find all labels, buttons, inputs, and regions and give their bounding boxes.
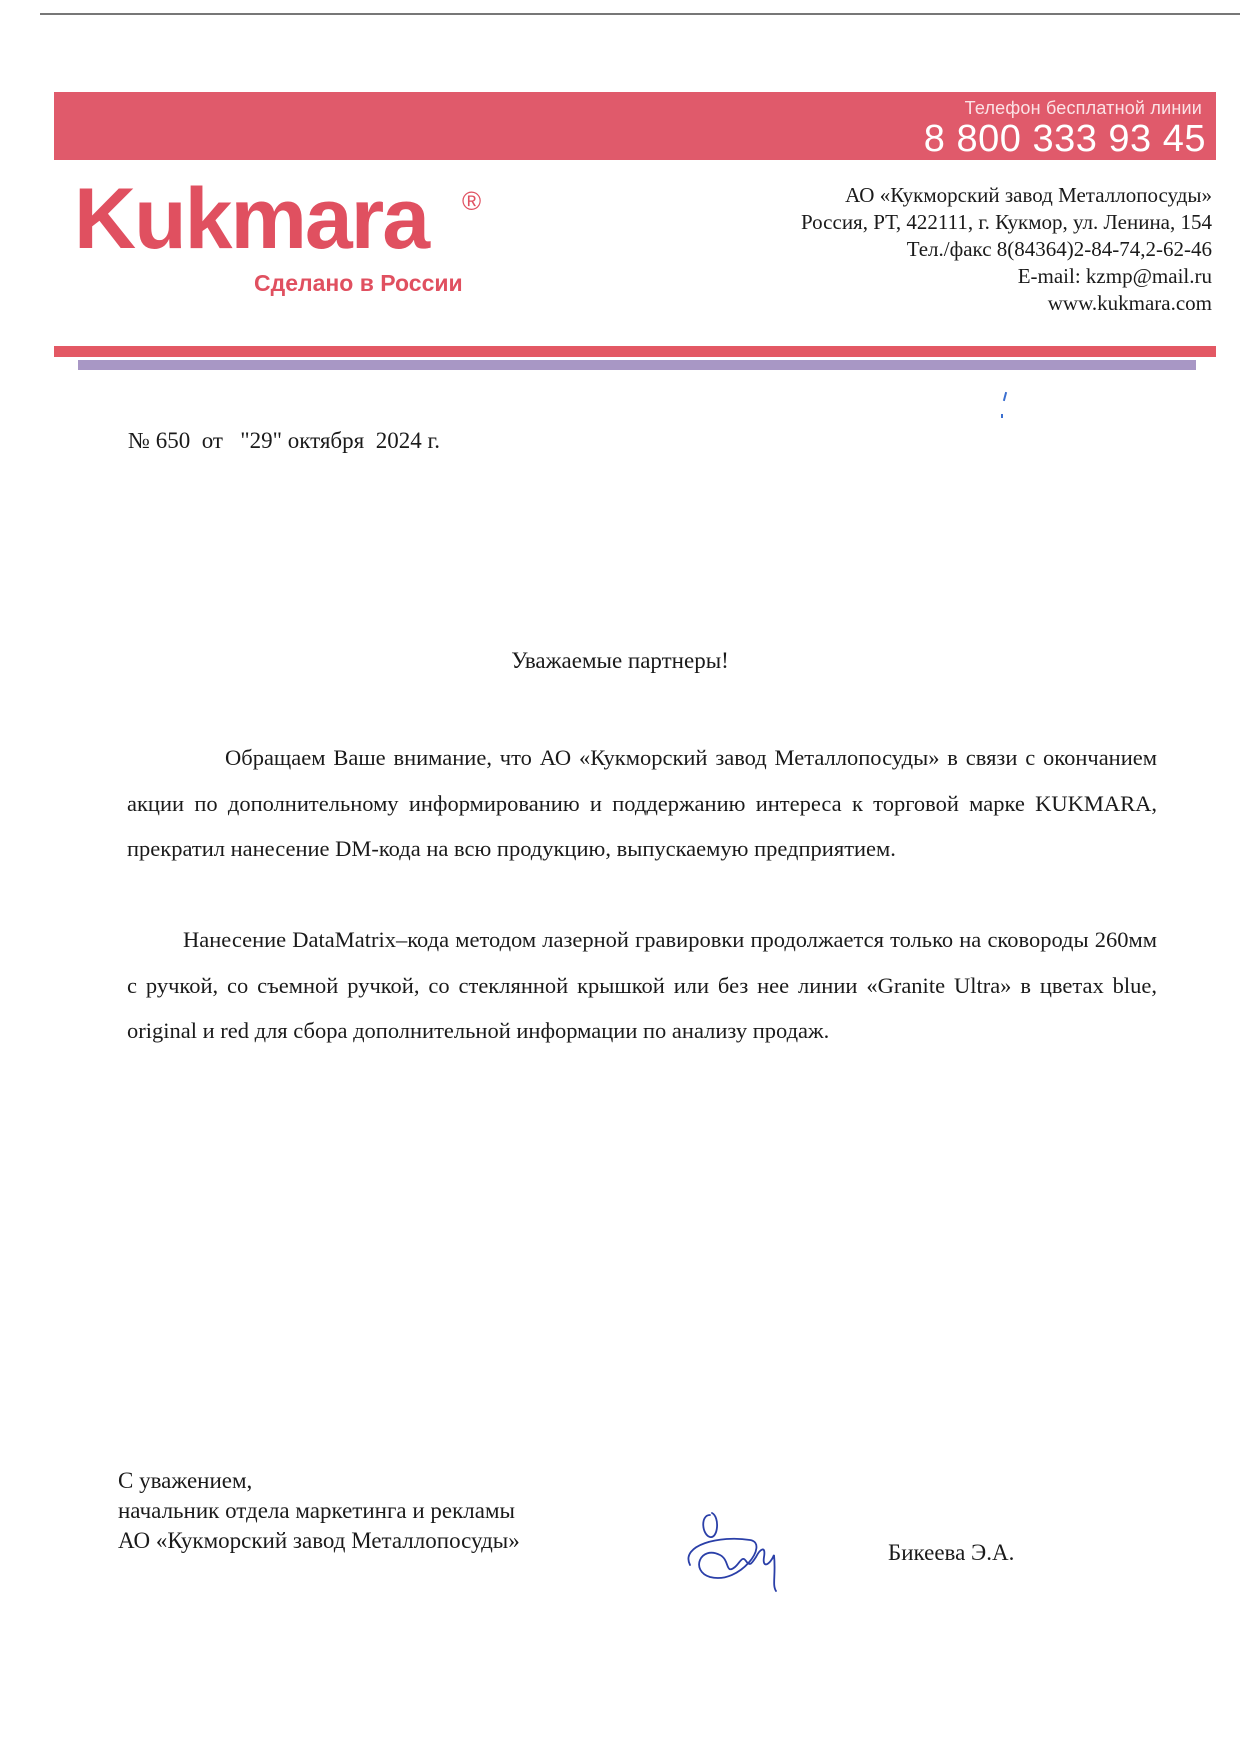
ink-mark — [1003, 392, 1007, 401]
brand-tagline: Сделано в России — [254, 270, 463, 297]
hotline-phone: 8 800 333 93 45 — [924, 118, 1206, 161]
body-paragraph-2: Нанесение DataMatrix–кода методом лазерн… — [127, 917, 1157, 1054]
body-paragraph-1: Обращаем Ваше внимание, что АО «Кукморск… — [127, 735, 1157, 872]
company-contacts: АО «Кукморский завод Металлопосуды» Росс… — [801, 182, 1212, 317]
closing-regards: С уважением, — [118, 1466, 520, 1496]
closing-block: С уважением, начальник отдела маркетинга… — [118, 1466, 520, 1556]
ink-mark — [1001, 414, 1003, 418]
signer-company: АО «Кукморский завод Металлопосуды» — [118, 1526, 520, 1556]
letter-reference: № 650 от "29" октября 2024 г. — [128, 428, 440, 454]
letterhead-separator-red — [54, 346, 1216, 357]
signature-icon — [680, 1505, 810, 1595]
company-name: АО «Кукморский завод Металлопосуды» — [801, 182, 1212, 209]
hotline-caption: Телефон бесплатной линии — [965, 98, 1202, 119]
letterhead-band: Телефон бесплатной линии 8 800 333 93 45 — [54, 92, 1216, 160]
signer-name: Бикеева Э.А. — [888, 1540, 1014, 1566]
registered-mark-icon: ® — [462, 186, 481, 217]
paragraph-text: Обращаем Ваше внимание, что АО «Кукморск… — [127, 745, 1157, 861]
company-address: Россия, РТ, 422111, г. Кукмор, ул. Ленин… — [801, 209, 1212, 236]
salutation: Уважаемые партнеры! — [0, 648, 1240, 674]
company-email: E-mail: kzmp@mail.ru — [801, 263, 1212, 290]
company-phone-fax: Тел./факс 8(84364)2-84-74,2-62-46 — [801, 236, 1212, 263]
company-website: www.kukmara.com — [801, 290, 1212, 317]
paragraph-text: Нанесение DataMatrix–кода методом лазерн… — [127, 927, 1157, 1043]
brand-logo: Kukmara — [74, 176, 428, 262]
scan-top-rule — [40, 13, 1240, 15]
letterhead-separator-purple — [78, 360, 1196, 370]
signer-title: начальник отдела маркетинга и рекламы — [118, 1496, 520, 1526]
